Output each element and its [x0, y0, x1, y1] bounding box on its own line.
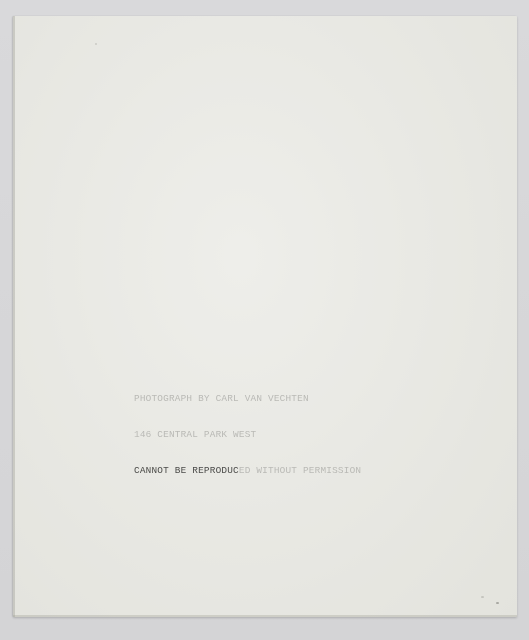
stamp-text-faint: PHOTOGRAPH BY CARL [134, 393, 239, 404]
paper-blemish [496, 602, 499, 604]
photo-paper-back: PHOTOGRAPH BY CARL VAN VECHTEN 146 CENTR… [13, 16, 517, 617]
stamp-text-faint: 146 CENTRAL PARK [134, 429, 227, 440]
stamp-line-photographer: PHOTOGRAPH BY CARL VAN VECHTEN [134, 393, 361, 405]
stamp-text-faint: ED WITHOUT PERMISSION [239, 465, 361, 476]
stamp-text-dark: CANNOT BE REPRODUC [134, 465, 239, 476]
stamp-line-address: 146 CENTRAL PARK WEST [134, 429, 361, 441]
stamp-line-copyright: CANNOT BE REPRODUCED WITHOUT PERMISSION [134, 465, 361, 477]
stamp-text-faint: VAN VECHTEN [239, 393, 309, 404]
paper-blemish [95, 43, 97, 45]
paper-blemish [481, 596, 484, 598]
photographer-stamp: PHOTOGRAPH BY CARL VAN VECHTEN 146 CENTR… [134, 369, 361, 501]
stamp-text-faint: WEST [227, 429, 256, 440]
